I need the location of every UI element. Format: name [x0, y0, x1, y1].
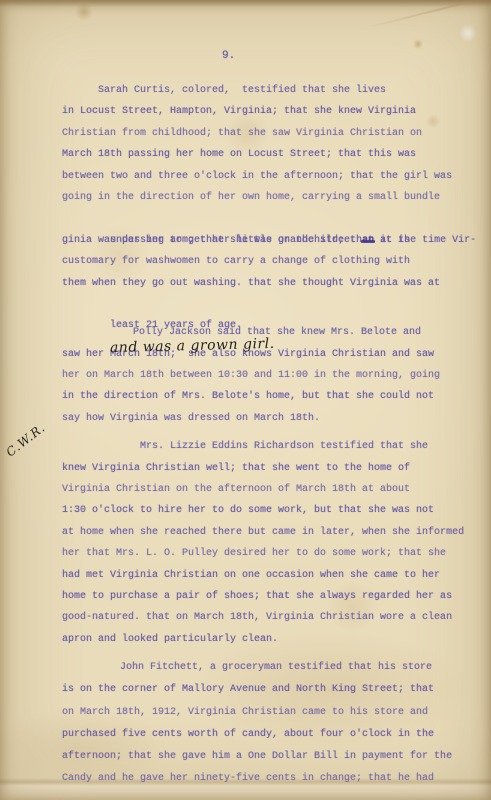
typed-line: her that Mrs. L. O. Pulley desired her t… — [62, 543, 462, 564]
typed-line: good-natured. that on March 18th, Virgin… — [62, 607, 462, 628]
struck-out-word: an — [362, 235, 374, 246]
typed-line: her on March 18th between 10:30 and 11:0… — [62, 365, 462, 386]
typed-line: Polly Jackson said that she knew Mrs. Be… — [62, 322, 462, 343]
typed-line: say how Virginia was dressed on March 18… — [62, 408, 462, 429]
typed-line-with-handwriting: least 21 years of age. and was a grown g… — [62, 294, 462, 315]
paper-wrinkle — [363, 0, 491, 29]
typed-line: Virginia Christian on the afternoon of M… — [62, 479, 462, 500]
typed-line: Mrs. Lizzie Eddins Richardson testified … — [62, 436, 462, 457]
page-number: 9. — [222, 46, 462, 67]
typed-line: going in the direction of her own home, … — [62, 187, 462, 208]
paragraph-lizzie-richardson: Mrs. Lizzie Eddins Richardson testified … — [62, 436, 462, 650]
typed-line: purchased five cents worth of candy, abo… — [62, 724, 462, 746]
paragraph-sarah-curtis: Sarah Curtis, colored, testified that sh… — [62, 80, 462, 315]
typed-line: between two and three o'clock in the aft… — [62, 166, 462, 187]
margin-initials-handwritten: C.W.R. — [4, 420, 48, 459]
typed-line: Candy and he gave her ninety-five cents … — [62, 768, 462, 790]
typed-line: 1:30 o'clock to hire her to do some work… — [62, 500, 462, 521]
typed-line: at home when she reached there but came … — [62, 522, 462, 543]
scanned-document-page: C.W.R. 9. Sarah Curtis, colored, testifi… — [0, 0, 491, 800]
typed-line: customary for washwomen to carry a chang… — [62, 251, 462, 272]
typed-line: afternoon; that she gave him a One Dolla… — [62, 746, 462, 768]
typed-line: is on the corner of Mallory Avenue and N… — [62, 679, 462, 701]
paragraph-john-fitchett: John Fitchett, a groceryman testified th… — [62, 657, 462, 790]
typed-line: apron and looked particularly clean. — [62, 629, 462, 650]
typed-line: ginia was passing to get her little gran… — [62, 230, 462, 251]
typed-line: Christian from childhood; that she saw V… — [62, 123, 462, 144]
page-content: 9. Sarah Curtis, colored, testified that… — [62, 46, 462, 797]
typed-line: had met Virginia Christian on one occasi… — [62, 565, 462, 586]
typed-line: knew Virginia Christian well; that she w… — [62, 458, 462, 479]
typed-line: March 18th passing her home on Locust St… — [62, 144, 462, 165]
typed-line: on March 18th, 1912, Virginia Christian … — [62, 702, 462, 724]
typed-line: in the direction of Mrs. Belote's home, … — [62, 386, 462, 407]
typed-line: them when they go out washing. that she … — [62, 273, 462, 294]
typed-line: in Locust Street, Hampton, Virginia; tha… — [62, 101, 462, 122]
paragraph-polly-jackson: Polly Jackson said that she knew Mrs. Be… — [62, 322, 462, 429]
typed-line: John Fitchett, a groceryman testified th… — [62, 657, 462, 679]
typed-line: Sarah Curtis, colored, testified that sh… — [62, 80, 462, 101]
typed-line: home to purchase a pair of shoes; that s… — [62, 586, 462, 607]
typed-line-with-strikeout: under her arm; that she was on the stree… — [62, 208, 462, 229]
